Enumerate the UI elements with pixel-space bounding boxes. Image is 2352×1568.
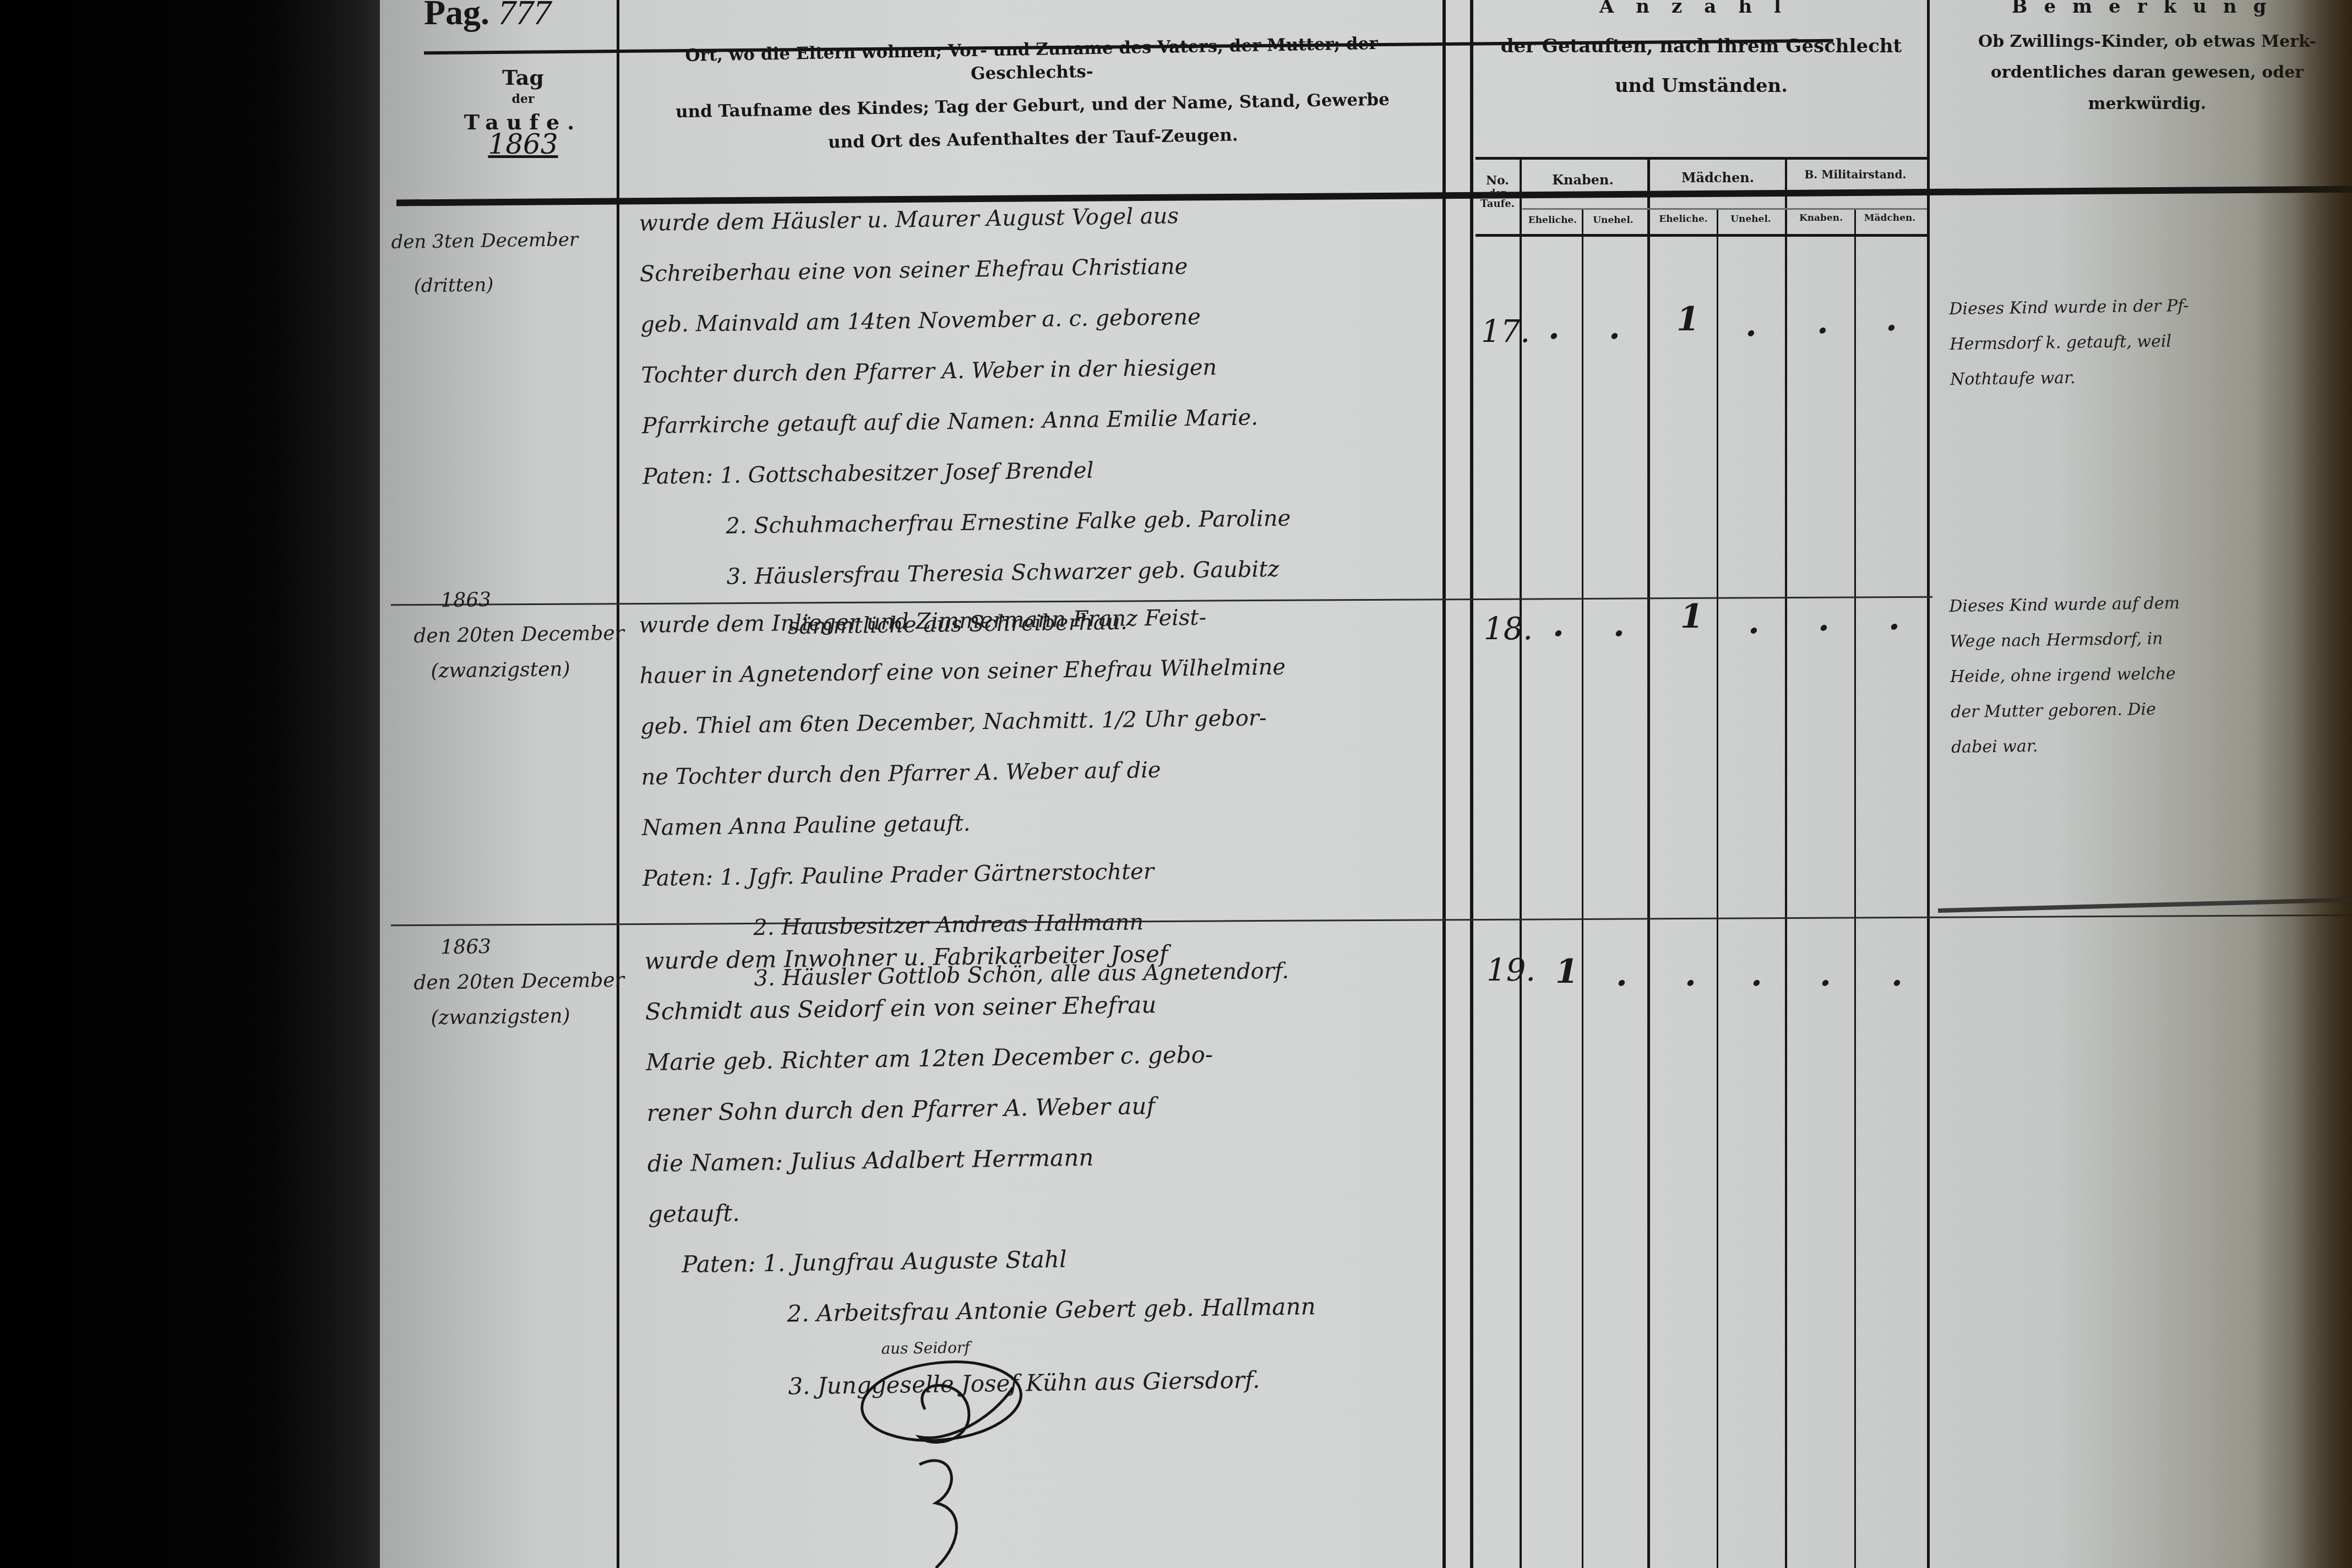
page-number: Pag. 777	[424, 0, 551, 36]
entry-number: 19.	[1487, 952, 1536, 988]
tally-maedchen-unehel: .	[1745, 306, 1757, 344]
tally-maedchen-unehel: .	[1751, 955, 1762, 994]
count-subheader-top	[1476, 157, 1927, 160]
tally-mil-maedchen: .	[1891, 955, 1903, 994]
entry-date-day: den 20ten December	[413, 616, 624, 654]
header-details-line3: und Ort des Aufenthaltes der Tauf-Zeugen…	[628, 121, 1438, 157]
tally-mil-knaben: .	[1820, 955, 1831, 994]
entry-line: die Namen: Julius Adalbert Herrmann	[647, 1129, 1314, 1189]
count-grid-6	[1854, 209, 1856, 1568]
header-count-line2: und Umständen.	[1476, 74, 1927, 99]
entry-line: Marie geb. Richter am 12ten December c. …	[646, 1028, 1313, 1088]
count-grid-2	[1582, 209, 1583, 1568]
header-remarks-line1: Ob Zwillings-Kinder, ob etwas Merk-	[1938, 31, 2352, 53]
entry-line: Paten: 1. Gottschabesitzer Josef Brendel	[642, 443, 1290, 502]
entry-line: Paten: 1. Jungfrau Auguste Stahl	[649, 1231, 1315, 1291]
register-page: Pag. 777 Tag der Taufe. 1863 Ort, wo die…	[380, 0, 2352, 1568]
tally-mil-knaben: .	[1818, 600, 1830, 639]
column-divider-counts-2	[1470, 0, 1473, 1568]
remark-line: Hermsdorf k. getauft, weil	[1950, 324, 2190, 362]
remark-line: Nothtaufe war.	[1950, 359, 2190, 398]
tally-mil-knaben: .	[1817, 303, 1828, 341]
subheader-der: der	[1476, 188, 1520, 198]
remark-line: Dieses Kind wurde auf dem	[1949, 586, 2180, 624]
entry-line: Paten: 1. Jgfr. Pauline Prader Gärtnerst…	[642, 845, 1288, 904]
header-bemerkung: Bemerkung	[1938, 0, 2352, 20]
remark-line: dabei war.	[1951, 727, 2182, 765]
tally-maedchen-ehel: 1	[1680, 597, 1703, 636]
subheader-maedchen: Mädchen.	[1649, 170, 1787, 186]
column-divider-remarks	[1927, 0, 1930, 1568]
entry-date-day: den 20ten December	[413, 963, 624, 1001]
tally-maedchen-unehel: .	[1748, 603, 1760, 641]
entry-line: Pfarrkirche getauft auf die Namen: Anna …	[641, 392, 1289, 451]
closing-flourish-icon	[853, 1354, 1030, 1568]
header-der: der	[440, 91, 606, 108]
tally-maedchen-ehel: 1	[1676, 300, 1700, 339]
entry-line: Namen Anna Pauline getauft.	[641, 794, 1288, 853]
header-anzahl: Anzahl	[1476, 0, 1927, 20]
entry-date: 1863 den 20ten December (zwanzigsten)	[413, 581, 625, 689]
entry-line: wurde dem Häusler u. Maurer August Vogel…	[639, 189, 1287, 249]
count-subheader-bottom	[1476, 234, 1927, 237]
entry-remarks: Dieses Kind wurde in der Pf- Hermsdorf k…	[1949, 288, 2190, 398]
header-remarks-column: Bemerkung Ob Zwillings-Kinder, ob etwas …	[1938, 0, 2352, 115]
entry-number: 17.	[1481, 314, 1530, 350]
remark-line: der Mutter geboren. Die	[1951, 692, 2181, 730]
tally-knaben-unehel: .	[1609, 308, 1620, 347]
entry-line: Schreiberhau eine von seiner Ehefrau Chr…	[639, 240, 1287, 300]
subheader-eheliche-knaben: Eheliche.	[1522, 215, 1583, 226]
subheader-no-label: No.	[1476, 173, 1520, 188]
entry-line: wurde dem Inlieger und Zimmermann Franz …	[639, 591, 1285, 651]
subheader-no: No. der Taufe.	[1476, 173, 1520, 210]
header-remarks-line2: ordentliches daran gewesen, oder	[1938, 62, 2352, 84]
header-tag: Tag	[440, 63, 606, 91]
count-grid-1	[1520, 157, 1522, 1568]
header-count-line1: der Getauften, nach ihrem Geschlecht	[1476, 34, 1927, 59]
entry-date-words: (zwanzigsten)	[414, 651, 625, 689]
subheader-unehel-knaben: Unehel.	[1583, 215, 1643, 226]
count-grid-3	[1647, 157, 1650, 1568]
count-grid-4	[1717, 209, 1718, 1568]
header-remarks-line3: merkwürdig.	[1938, 93, 2352, 116]
count-subheader-mid	[1522, 208, 1927, 210]
entry-date-year: 1863	[413, 928, 624, 966]
entry-line: ne Tochter durch den Pfarrer A. Weber au…	[641, 743, 1287, 803]
remark-line: Heide, ohne irgend welche	[1950, 656, 2181, 695]
page-label: Pag.	[424, 0, 489, 32]
tally-knaben-ehel: .	[1548, 308, 1560, 347]
subheader-mil-knaben: Knaben.	[1787, 213, 1855, 224]
entry-line: wurde dem Inwohner u. Fabrikarbeiter Jos…	[644, 927, 1311, 987]
remark-line: Dieses Kind wurde in der Pf-	[1949, 288, 2189, 327]
header-date-column: Tag der Taufe. 1863	[440, 63, 606, 164]
subheader-unehel-maedchen: Unehel.	[1718, 214, 1784, 225]
header-details-line1: Ort, wo die Eltern wohnen; Vor- und Zuna…	[627, 31, 1436, 91]
header-details-line2: und Taufname des Kindes; Tag der Geburt,…	[628, 88, 1438, 124]
column-divider-date	[617, 0, 619, 1568]
tally-mil-maedchen: .	[1888, 599, 1900, 638]
tally-knaben-unehel: .	[1616, 955, 1627, 994]
tally-knaben-ehel: 1	[1555, 952, 1578, 991]
subheader-eheliche-maedchen: Eheliche.	[1649, 214, 1718, 225]
tally-knaben-unehel: .	[1613, 606, 1625, 644]
entry-date-year: 1863	[413, 581, 624, 619]
entry-remarks: Dieses Kind wurde auf dem Wege nach Herm…	[1949, 586, 2182, 765]
entry-text: wurde dem Inwohner u. Fabrikarbeiter Jos…	[644, 927, 1317, 1414]
subheader-mil-maedchen: Mädchen.	[1855, 213, 1924, 224]
page-number-value: 777	[498, 0, 551, 32]
entry-line: hauer in Agnetendorf eine von seiner Ehe…	[639, 642, 1286, 701]
entry-line: getauft.	[647, 1180, 1314, 1240]
column-divider-counts	[1442, 0, 1446, 1568]
entry-line: 2. Arbeitsfrau Antonie Gebert geb. Hallm…	[649, 1281, 1316, 1341]
remarks-strikethrough-line	[1938, 897, 2352, 913]
header-count-column: Anzahl der Getauften, nach ihrem Geschle…	[1476, 0, 1927, 99]
entry-line: Tochter durch den Pfarrer A. Weber in de…	[641, 341, 1289, 401]
subheader-militair: B. Militairstand.	[1787, 168, 1924, 181]
entry-line: geb. Thiel am 6ten December, Nachmitt. 1…	[640, 693, 1287, 752]
header-details-column: Ort, wo die Eltern wohnen; Vor- und Zuna…	[627, 31, 1438, 157]
tally-maedchen-ehel: .	[1685, 955, 1696, 994]
tally-knaben-ehel: .	[1553, 606, 1564, 644]
entry-line: Schmidt aus Seidorf ein von seiner Ehefr…	[645, 977, 1311, 1037]
entry-date-words: (dritten)	[391, 262, 579, 308]
entry-date: 1863 den 20ten December (zwanzigsten)	[413, 928, 625, 1036]
entry-line: 2. Schuhmacherfrau Ernestine Falke geb. …	[643, 493, 1291, 553]
tally-mil-maedchen: .	[1886, 300, 1897, 339]
count-grid-5	[1785, 157, 1787, 1568]
book-gutter-shadow	[0, 0, 385, 1568]
entry-number: 18.	[1484, 611, 1533, 647]
entry-text: wurde dem Häusler u. Maurer August Vogel…	[639, 189, 1293, 654]
entry-date-day: den 3ten December	[391, 217, 579, 264]
subheader-taufe: Taufe.	[1476, 198, 1520, 210]
entry-date-words: (zwanzigsten)	[414, 998, 625, 1036]
entry-line: geb. Mainvald am 14ten November a. c. ge…	[640, 291, 1288, 350]
remark-line: Wege nach Hermsdorf, in	[1950, 621, 2180, 660]
entry-date: den 3ten December (dritten)	[391, 217, 579, 308]
subheader-knaben: Knaben.	[1522, 172, 1643, 188]
entry-line: rener Sohn durch den Pfarrer A. Weber au…	[646, 1079, 1313, 1139]
